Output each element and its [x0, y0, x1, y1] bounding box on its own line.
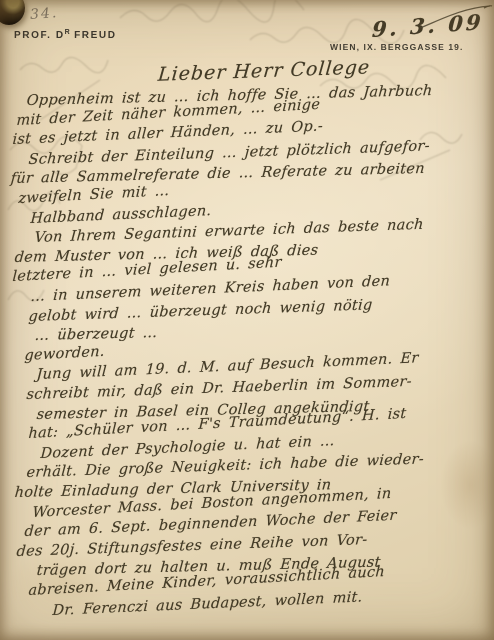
letterhead-name-prefix: PROF. D — [14, 30, 65, 41]
letter-scan-page: 34. PROF. DR FREUD 9. 3. 09 WIEN, IX. BE… — [0, 0, 494, 640]
letterhead-name-rest: FREUD — [70, 30, 117, 41]
letterhead-address: WIEN, IX. BERGGASSE 19. — [330, 42, 463, 52]
paper-stain — [440, 440, 494, 530]
pen-flourish — [418, 0, 494, 30]
page-number-annotation: 34. — [29, 5, 58, 23]
handwritten-line: … überzeugt … — [34, 325, 158, 344]
letterhead-name: PROF. DR FREUD — [14, 29, 117, 41]
